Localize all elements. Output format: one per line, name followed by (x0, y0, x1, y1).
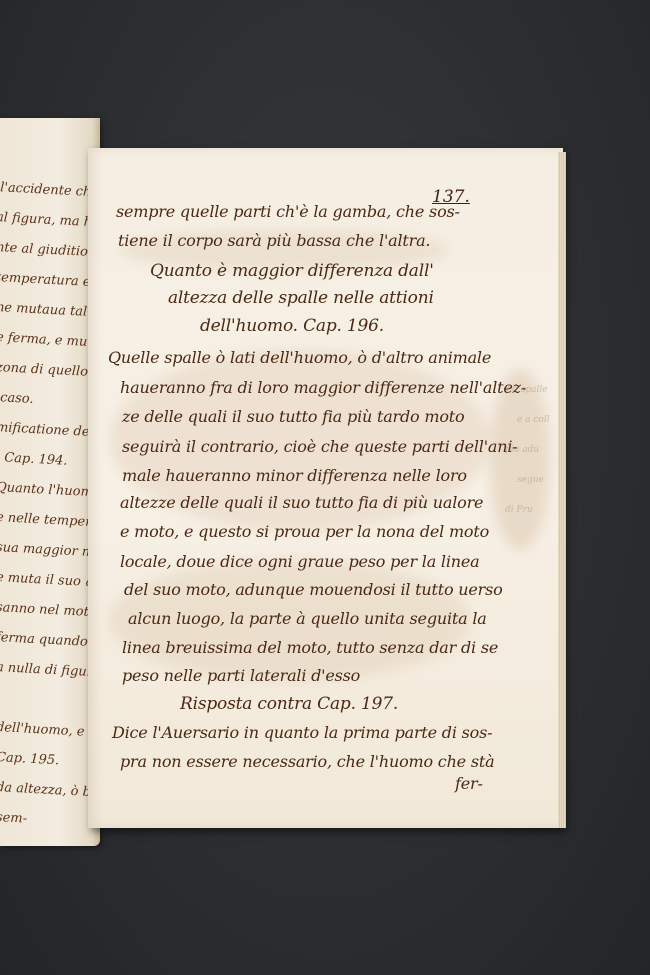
manuscript-line: altezze delle quali il suo tutto fia di … (120, 493, 483, 512)
facing-page-line: da altezza, ò bassezza (0, 780, 100, 803)
bleed-through-note: segue (517, 475, 544, 485)
chapter-heading-line: Quanto è maggior differenza dall' (150, 261, 434, 281)
bleed-through-note: piu adu (505, 445, 539, 455)
facing-page-line: dell'huomo, e altri (0, 720, 100, 741)
manuscript-line: del suo moto, adunque mouendosi il tutto… (124, 580, 503, 599)
manuscript-line: fer- (455, 774, 483, 793)
facing-page-line: sanno nel moto, e altri (0, 600, 100, 623)
facing-page-line: Quanto l'huomo, e gl'animali (0, 480, 100, 505)
bleed-through-note: e a coll (517, 415, 550, 425)
ink-bleed-stain (490, 370, 550, 550)
manuscript-line: tiene il corpo sarà più bassa che l'altr… (118, 231, 430, 250)
facing-page-line: Cap. 195. (0, 750, 60, 768)
manuscript-line: sempre quelle parti ch'è la gamba, che s… (116, 202, 460, 221)
manuscript-line: haueranno fra di loro maggior differenze… (120, 378, 526, 397)
chapter-heading-line: Risposta contra Cap. 197. (180, 694, 398, 714)
bleed-through-note: Tsi spalle (505, 385, 548, 395)
facing-page-line: a nulla di figura seh (0, 660, 100, 682)
facing-page-line: l Cap. 194. (0, 450, 68, 469)
facing-page-line: e nelle temperamenti dell (0, 510, 100, 534)
manuscript-line: e moto, e questo si proua per la nona de… (120, 522, 489, 541)
facing-page-line: ferma quando è giacente (0, 630, 100, 654)
bleed-through-note: di Pru (505, 505, 533, 515)
manuscript-line: male haueranno minor differenza nelle lo… (122, 466, 467, 485)
manuscript-line: ze delle quali il suo tutto fia più tard… (122, 407, 464, 426)
page-edge (558, 152, 566, 828)
facing-page-line: nte al giuditio di detta (0, 240, 100, 263)
facing-page-left: ll'accidente ch'è fattoal figura, ma ha … (0, 118, 100, 846)
facing-page-line: ne mutaua tal figura (0, 300, 100, 322)
manuscript-line: pra non essere necessario, che l'huomo c… (120, 752, 494, 771)
facing-page-line: al figura, ma ha la uoluta (0, 210, 100, 234)
facing-page-line: temperatura e su legierezza (0, 270, 100, 295)
facing-page-line: sua maggior minor altezza (0, 540, 100, 564)
manuscript-line: seguirà il contrario, cioè che queste pa… (122, 437, 518, 456)
manuscript-line: alcun luogo, la parte à quello unita seg… (128, 609, 487, 628)
chapter-heading-line: altezza delle spalle nelle attioni (168, 288, 434, 308)
facing-page-line: ll'accidente ch'è fatto (0, 180, 100, 202)
chapter-heading-line: dell'huomo. Cap. 196. (200, 316, 384, 336)
manuscript-line: locale, doue dice ogni graue peso per la… (120, 552, 479, 571)
facing-page-line: e ferma, e mutaua tal (0, 330, 100, 352)
facing-page-line: sem- (0, 810, 27, 827)
facing-page-line: icaso. (0, 390, 34, 407)
facing-page-line: e muta il suo qualità (0, 570, 100, 592)
manuscript-line: peso nelle parti laterali d'esso (122, 666, 360, 685)
facing-page-line: mificatione degli (0, 420, 100, 441)
facing-page-line: zona di quello perciò (0, 360, 100, 382)
manuscript-line: Quelle spalle ò lati dell'huomo, ò d'alt… (108, 348, 491, 367)
manuscript-line: Dice l'Auersario in quanto la prima part… (112, 723, 492, 742)
manuscript-line: linea breuissima del moto, tutto senza d… (122, 638, 498, 657)
